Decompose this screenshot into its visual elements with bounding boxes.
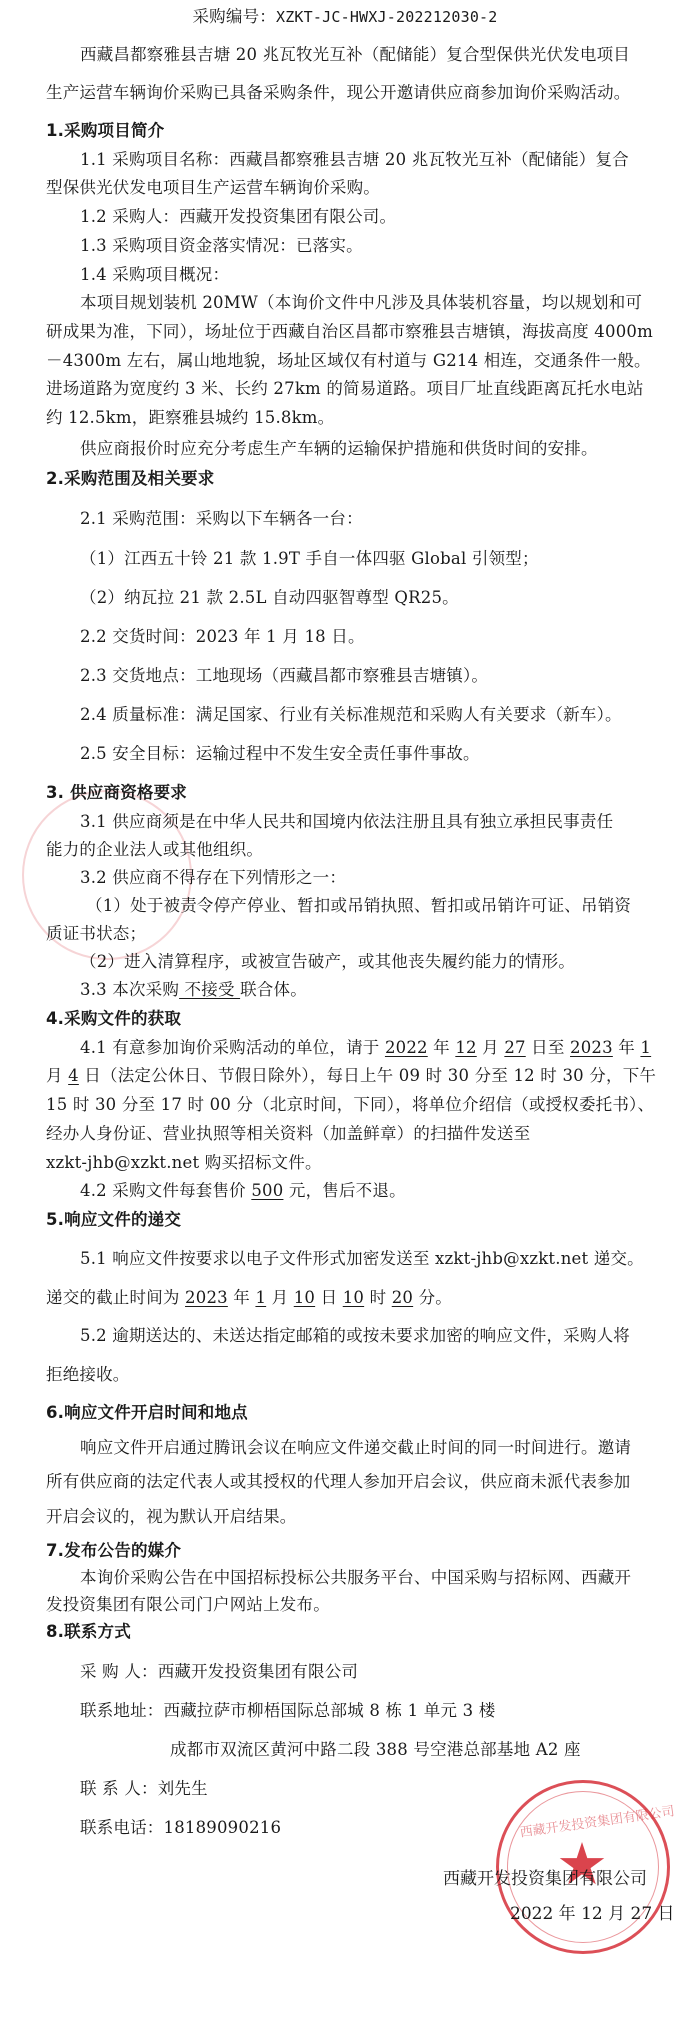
procurement-notice-page: 采购编号：XZKT-JC-HWXJ-202212030-2 西藏昌都察雅县吉塘 … xyxy=(0,0,690,2024)
s2-line: （2）纳瓦拉 21 款 2.5L 自动四驱智尊型 QR25。 xyxy=(80,587,660,609)
s2-line: （1）江西五十铃 21 款 1.9T 手自一体四驱 Global 引领型； xyxy=(80,548,660,570)
s6-line: 所有供应商的法定代表人或其授权的代理人参加开启会议，供应商未派代表参加 xyxy=(46,1471,656,1493)
s4-line: 15 时 30 分至 17 时 00 分（北京时间，下同），将单位介绍信（或授权… xyxy=(46,1094,656,1116)
s3-line: 能力的企业法人或其他组织。 xyxy=(46,839,656,861)
s1-line: 研成果为准，下同），场址位于西藏自治区昌都市察雅县吉塘镇，海拔高度 4000m xyxy=(46,321,656,343)
s4-line-4-1: 4.1 有意参加询价采购活动的单位，请于 2022 年 12 月 27 日至 2… xyxy=(80,1037,660,1059)
s3-line: 3.2 供应商不得存在下列情形之一： xyxy=(80,867,660,889)
section-4-title: 4.采购文件的获取 xyxy=(46,1008,656,1030)
s5-line: 5.1 响应文件按要求以电子文件形式加密发送至 xzkt-jhb@xzkt.ne… xyxy=(80,1248,660,1270)
s3-line-3-3: 3.3 本次采购 不接受 联合体。 xyxy=(80,979,660,1001)
s7-line: 发投资集团有限公司门户网站上发布。 xyxy=(46,1594,656,1616)
s1-line: 供应商报价时应充分考虑生产车辆的运输保护措施和供货时间的安排。 xyxy=(80,438,660,460)
intro-line-2: 生产运营车辆询价采购已具备采购条件，现公开邀请供应商参加询价采购活动。 xyxy=(46,82,656,104)
s7-line: 本询价采购公告在中国招标投标公共服务平台、中国采购与招标网、西藏开 xyxy=(80,1567,660,1589)
s1-line: 1.3 采购项目资金落实情况：已落实。 xyxy=(80,235,660,257)
s3-line: 3.1 供应商须是在中华人民共和国境内依法注册且具有独立承担民事责任 xyxy=(80,811,660,833)
section-5-title: 5.响应文件的递交 xyxy=(46,1209,656,1231)
section-8-title: 8.联系方式 xyxy=(46,1621,656,1643)
s3-line: 质证书状态； xyxy=(46,923,656,945)
s5-line: 拒绝接收。 xyxy=(46,1364,656,1386)
s1-line: －4300m 左右，属山地地貌，场址区域仅有村道与 G214 相连，交通条件一般… xyxy=(46,350,656,372)
s1-line: 1.4 采购项目概况： xyxy=(80,264,660,286)
s5-line: 5.2 逾期送达的、未送达指定邮箱的或按未要求加密的响应文件，采购人将 xyxy=(80,1325,660,1347)
s2-line: 2.5 安全目标：运输过程中不发生安全责任事件事故。 xyxy=(80,743,660,765)
procurement-number: 采购编号：XZKT-JC-HWXJ-202212030-2 xyxy=(0,6,690,28)
s3-line: （2）进入清算程序，或被宣告破产，或其他丧失履约能力的情形。 xyxy=(80,951,660,973)
s1-line: 进场道路为宽度约 3 米、长约 27km 的简易道路。项目厂址直线距离瓦托水电站 xyxy=(46,378,656,400)
section-1-title: 1.采购项目简介 xyxy=(46,120,656,142)
section-7-title: 7.发布公告的媒介 xyxy=(46,1540,656,1562)
s6-line: 开启会议的，视为默认开启结果。 xyxy=(46,1506,656,1528)
s2-line: 2.4 质量标准：满足国家、行业有关标准规范和采购人有关要求（新车）。 xyxy=(80,704,660,726)
s2-line: 2.1 采购范围：采购以下车辆各一台： xyxy=(80,508,660,530)
section-2-title: 2.采购范围及相关要求 xyxy=(46,468,656,490)
s4-line: 月 4 日（法定公休日、节假日除外），每日上午 09 时 30 分至 12 时 … xyxy=(46,1065,656,1087)
s5-deadline-line: 递交的截止时间为 2023 年 1 月 10 日 10 时 20 分。 xyxy=(46,1287,656,1309)
s4-line-4-2: 4.2 采购文件每套售价 500 元，售后不退。 xyxy=(80,1180,660,1202)
s2-line: 2.2 交货时间：2023 年 1 月 18 日。 xyxy=(80,626,660,648)
s1-line: 本项目规划装机 20MW（本询价文件中凡涉及具体装机容量，均以规划和可 xyxy=(80,292,660,314)
s1-line: 约 12.5km，距察雅县城约 15.8km。 xyxy=(46,407,656,429)
section-3-title: 3. 供应商资格要求 xyxy=(46,782,656,804)
s6-line: 响应文件开启通过腾讯会议在响应文件递交截止时间的同一时间进行。邀请 xyxy=(80,1437,660,1459)
s4-email-line: xzkt-jhb@xzkt.net 购买招标文件。 xyxy=(46,1152,656,1174)
section-6-title: 6.响应文件开启时间和地点 xyxy=(46,1402,656,1424)
s2-line: 2.3 交货地点：工地现场（西藏昌都市察雅县吉塘镇）。 xyxy=(80,665,660,687)
s4-line: 经办人身份证、营业执照等相关资料（加盖鲜章）的扫描件发送至 xyxy=(46,1123,656,1145)
intro-line-1: 西藏昌都察雅县吉塘 20 兆瓦牧光互补（配储能）复合型保供光伏发电项目 xyxy=(80,44,660,66)
s1-line: 1.2 采购人：西藏开发投资集团有限公司。 xyxy=(80,206,660,228)
s3-line: （1）处于被责令停产停业、暂扣或吊销执照、暂扣或吊销许可证、吊销资 xyxy=(86,895,690,917)
s1-line: 型保供光伏发电项目生产运营车辆询价采购。 xyxy=(46,177,656,199)
s1-line: 1.1 采购项目名称：西藏昌都察雅县吉塘 20 兆瓦牧光互补（配储能）复合 xyxy=(80,149,660,171)
